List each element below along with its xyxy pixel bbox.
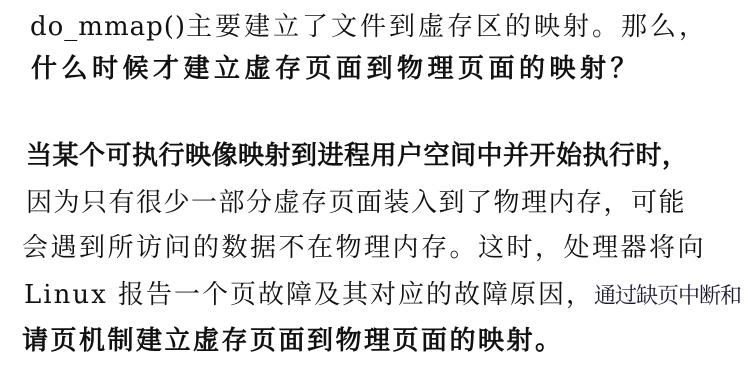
question-text-1: 主要建立了文件到虚存区的映射。那么，	[186, 12, 708, 42]
answer-line-5: 请页机制建立虚存页面到物理页面的映射。	[22, 326, 564, 356]
question-line-2: 什么时候才建立虚存页面到物理页面的映射？	[31, 54, 641, 84]
answer-line-3: 会遇到所访问的数据不在物理内存。这时，处理器将向	[22, 233, 706, 263]
linux-term: Linux	[24, 280, 108, 310]
answer-line-4: Linux 报告一个页故障及其对应的故障原因，通过缺页中断和	[24, 280, 741, 312]
function-name: do_mmap()	[30, 12, 186, 42]
question-line-1: do_mmap()主要建立了文件到虚存区的映射。那么，	[30, 12, 708, 42]
document-page: do_mmap()主要建立了文件到虚存区的映射。那么， 什么时候才建立虚存页面到…	[0, 0, 752, 377]
answer-text-4: 报告一个页故障及其对应的故障原因，	[108, 280, 594, 310]
answer-line-1: 当某个可执行映像映射到进程用户空间中并开始执行时，	[26, 141, 689, 171]
answer-line-2: 因为只有很少一部分虚存页面装入到了物理内存，可能	[26, 188, 686, 218]
inserted-text: 通过缺页中断和	[594, 284, 741, 309]
